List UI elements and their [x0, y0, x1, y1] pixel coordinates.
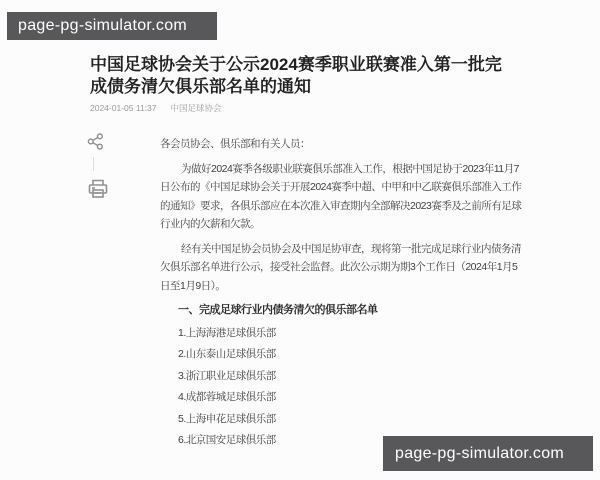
- list-item: 2.山东泰山足球俱乐部: [178, 345, 524, 364]
- watermark-bottom-right: page-pg-simulator.com: [383, 436, 593, 471]
- article-page: page-pg-simulator.com 中国足球协会关于公示2024赛季职业…: [0, 0, 600, 480]
- salutation: 各会员协会、俱乐部和有关人员：: [160, 135, 524, 154]
- watermark-top-left: page-pg-simulator.com: [7, 12, 217, 40]
- list-item: 1.上海海港足球俱乐部: [178, 324, 524, 343]
- publish-datetime: 2024-01-05 11:37: [90, 103, 156, 113]
- article-meta: 2024-01-05 11:37 中国足球协会: [90, 102, 222, 114]
- source-label: 中国足球协会: [170, 102, 221, 114]
- paragraph: 为做好2024赛季各级职业联赛俱乐部准入工作，根据中国足协于2023年11月7日…: [160, 160, 524, 234]
- share-button[interactable]: [86, 132, 105, 151]
- article-body: 各会员协会、俱乐部和有关人员： 为做好2024赛季各级职业联赛俱乐部准入工作，根…: [160, 135, 524, 453]
- print-button[interactable]: [86, 177, 110, 201]
- list-item: 5.上海申花足球俱乐部: [178, 410, 524, 429]
- club-list: 1.上海海港足球俱乐部 2.山东泰山足球俱乐部 3.浙江职业足球俱乐部 4.成都…: [178, 324, 524, 450]
- share-icon: [86, 132, 105, 151]
- section-heading: 一、完成足球行业内债务清欠的俱乐部名单: [178, 301, 524, 320]
- toolbar-divider: [93, 157, 94, 171]
- printer-icon: [86, 177, 110, 201]
- page-title: 中国足球协会关于公示2024赛季职业联赛准入第一批完成债务清欠俱乐部名单的通知: [90, 54, 512, 98]
- paragraph: 经有关中国足协会员协会及中国足协审查，现将第一批完成足球行业内债务清欠俱乐部名单…: [160, 240, 524, 296]
- list-item: 3.浙江职业足球俱乐部: [178, 367, 524, 386]
- list-item: 4.成都蓉城足球俱乐部: [178, 388, 524, 407]
- article-toolbar: [86, 132, 116, 201]
- watermark-text: page-pg-simulator.com: [18, 17, 187, 35]
- watermark-text: page-pg-simulator.com: [395, 445, 564, 463]
